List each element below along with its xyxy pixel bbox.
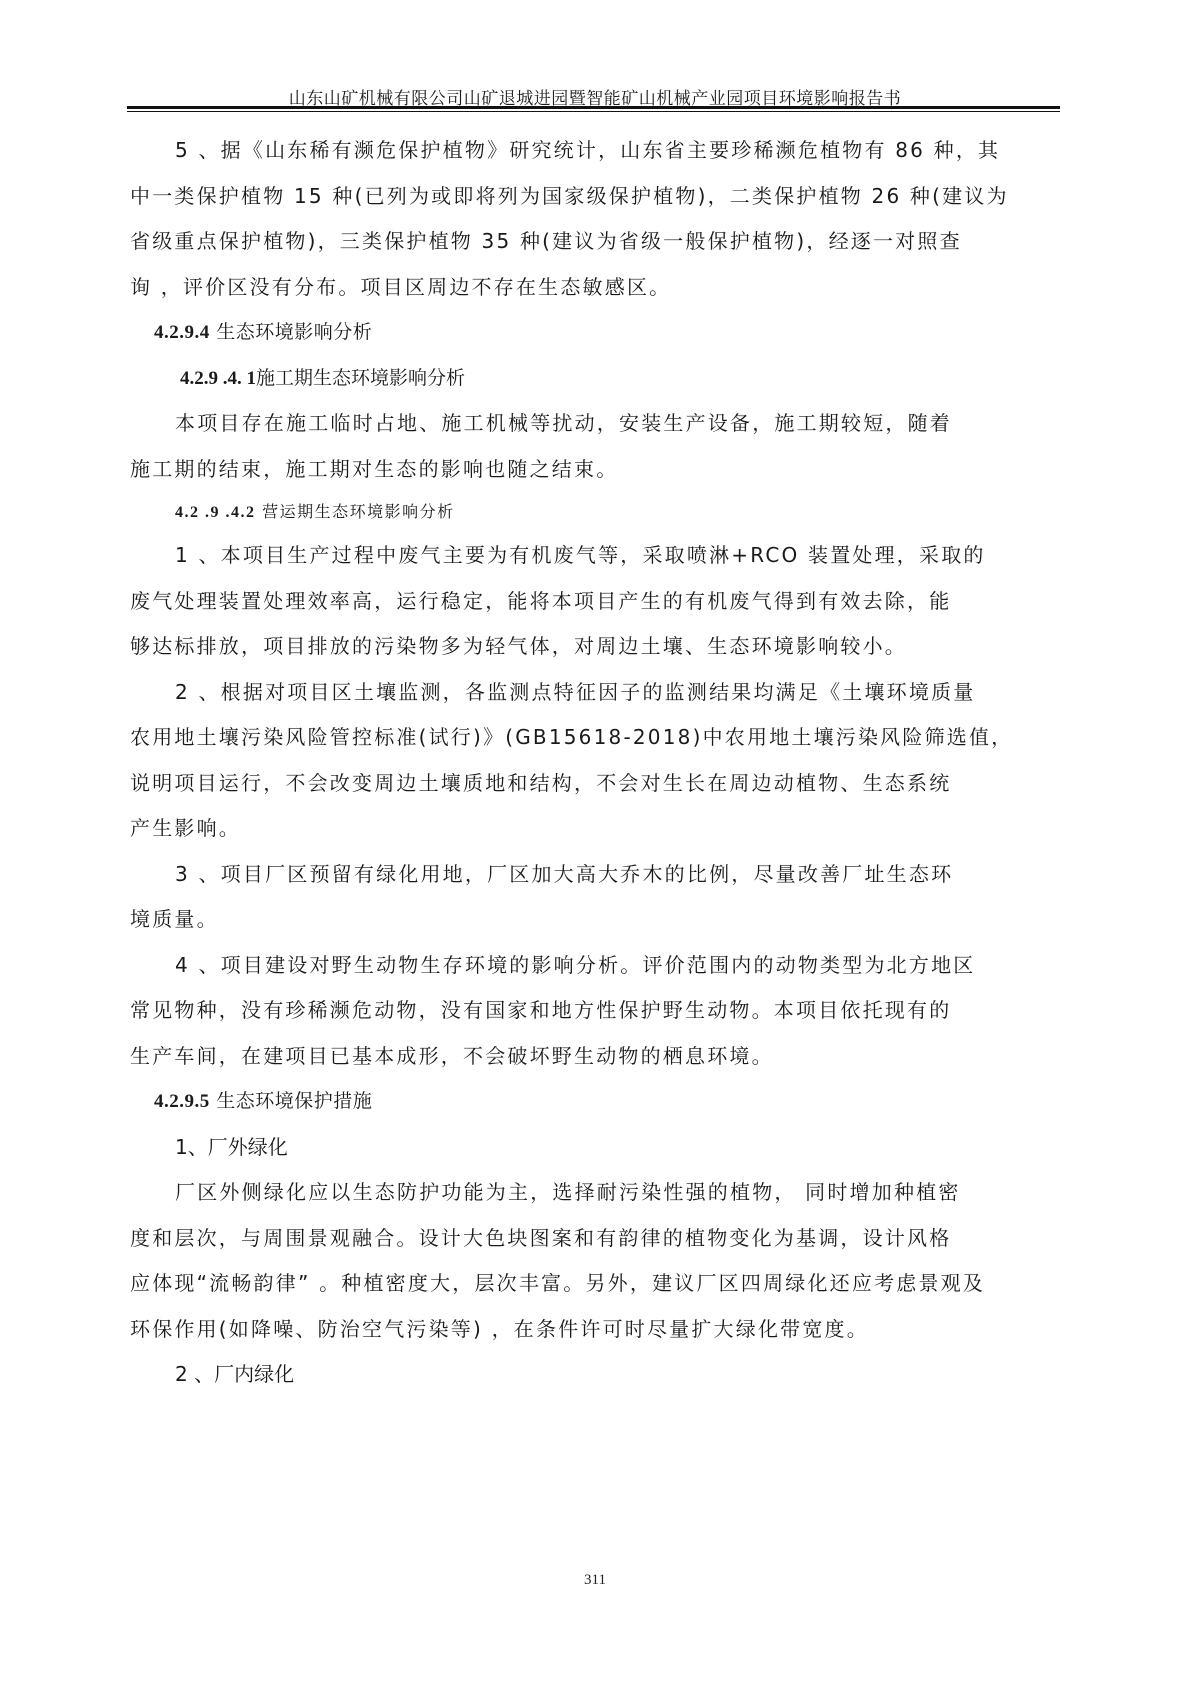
header-rule-thick [127, 106, 1060, 109]
paragraph-line: 常见物种，没有珍稀濒危动物，没有国家和地方性保护野生动物。本项目依托现有的 [130, 988, 1065, 1034]
paragraph-line: 3 、项目厂区预留有绿化用地，厂区加大高大乔木的比例，尽量改善厂址生态环 [130, 852, 1065, 898]
paragraph-line: 废气处理装置处理效率高，运行稳定，能将本项目产生的有机废气得到有效去除，能 [130, 579, 1065, 625]
section-heading-4294: 4.2.9.4 生态环境影响分析 [130, 310, 1065, 356]
paragraph-line: 环保作用(如降噪、防治空气污染等) ，在条件许可时尽量扩大绿化带宽度。 [130, 1307, 1065, 1353]
section-title: 生态环境影响分析 [216, 321, 372, 343]
paragraph-line: 1 、本项目生产过程中废气主要为有机废气等，采取喷淋+RCO 装置处理，采取的 [130, 533, 1065, 579]
section-title: 施工期生态环境影响分析 [256, 367, 465, 389]
subsection-title-inner-greening: 2 、厂内绿化 [130, 1352, 1065, 1398]
section-heading-4295: 4.2.9.5 生态环境保护措施 [130, 1079, 1065, 1125]
header-rule-thin [127, 111, 1060, 112]
paragraph-line: 2 、根据对项目区土壤监测，各监测点特征因子的监测结果均满足《土壤环境质量 [130, 670, 1065, 716]
section-title: 营运期生态环境影响分析 [262, 502, 455, 521]
page-number: 311 [0, 1572, 1190, 1589]
section-number: 4.2.9.4 [154, 322, 210, 343]
document-body: 5 、据《山东稀有濒危保护植物》研究统计，山东省主要珍稀濒危植物有 86 种，其… [130, 128, 1065, 1398]
paragraph-line: 施工期的结束，施工期对生态的影响也随之结束。 [130, 447, 1065, 493]
paragraph-line: 境质量。 [130, 897, 1065, 943]
section-number: 4.2.9.5 [154, 1091, 210, 1112]
section-title: 生态环境保护措施 [216, 1090, 372, 1112]
paragraph-line: 应体现“流畅韵律” 。种植密度大，层次丰富。另外，建议厂区四周绿化还应考虑景观及 [130, 1261, 1065, 1307]
section-heading-42942: 4.2 .9 .4.2 营运期生态环境影响分析 [130, 492, 1065, 533]
paragraph-line: 农用地土壤污染风险管控标准(试行)》(GB15618-2018)中农用地土壤污染… [130, 715, 1065, 761]
paragraph-line: 够达标排放，项目排放的污染物多为轻气体，对周边土壤、生态环境影响较小。 [130, 624, 1065, 670]
paragraph-line: 询 ，评价区没有分布。项目区周边不存在生态敏感区。 [130, 265, 1065, 311]
subsection-title-outer-greening: 1、厂外绿化 [130, 1125, 1065, 1171]
paragraph-line: 中一类保护植物 15 种(已列为或即将列为国家级保护植物)，二类保护植物 26 … [130, 174, 1065, 220]
section-number: 4.2.9 .4. 1 [180, 368, 256, 389]
section-heading-42941: 4.2.9 .4. 1施工期生态环境影响分析 [130, 356, 1065, 402]
paragraph-line: 厂区外侧绿化应以生态防护功能为主，选择耐污染性强的植物， 同时增加种植密 [130, 1170, 1065, 1216]
paragraph-line: 本项目存在施工临时占地、施工机械等扰动，安装生产设备，施工期较短，随着 [130, 401, 1065, 447]
paragraph-line: 5 、据《山东稀有濒危保护植物》研究统计，山东省主要珍稀濒危植物有 86 种，其 [130, 128, 1065, 174]
paragraph-line: 生产车间，在建项目已基本成形，不会破坏野生动物的栖息环境。 [130, 1034, 1065, 1080]
paragraph-line: 产生影响。 [130, 806, 1065, 852]
section-number: 4.2 .9 .4.2 [175, 504, 256, 521]
paragraph-line: 4 、项目建设对野生动物生存环境的影响分析。评价范围内的动物类型为北方地区 [130, 943, 1065, 989]
paragraph-line: 说明项目运行，不会改变周边土壤质地和结构，不会对生长在周边动植物、生态系统 [130, 761, 1065, 807]
paragraph-line: 度和层次，与周围景观融合。设计大色块图案和有韵律的植物变化为基调，设计风格 [130, 1216, 1065, 1262]
paragraph-line: 省级重点保护植物)，三类保护植物 35 种(建议为省级一般保护植物)，经逐一对照… [130, 219, 1065, 265]
